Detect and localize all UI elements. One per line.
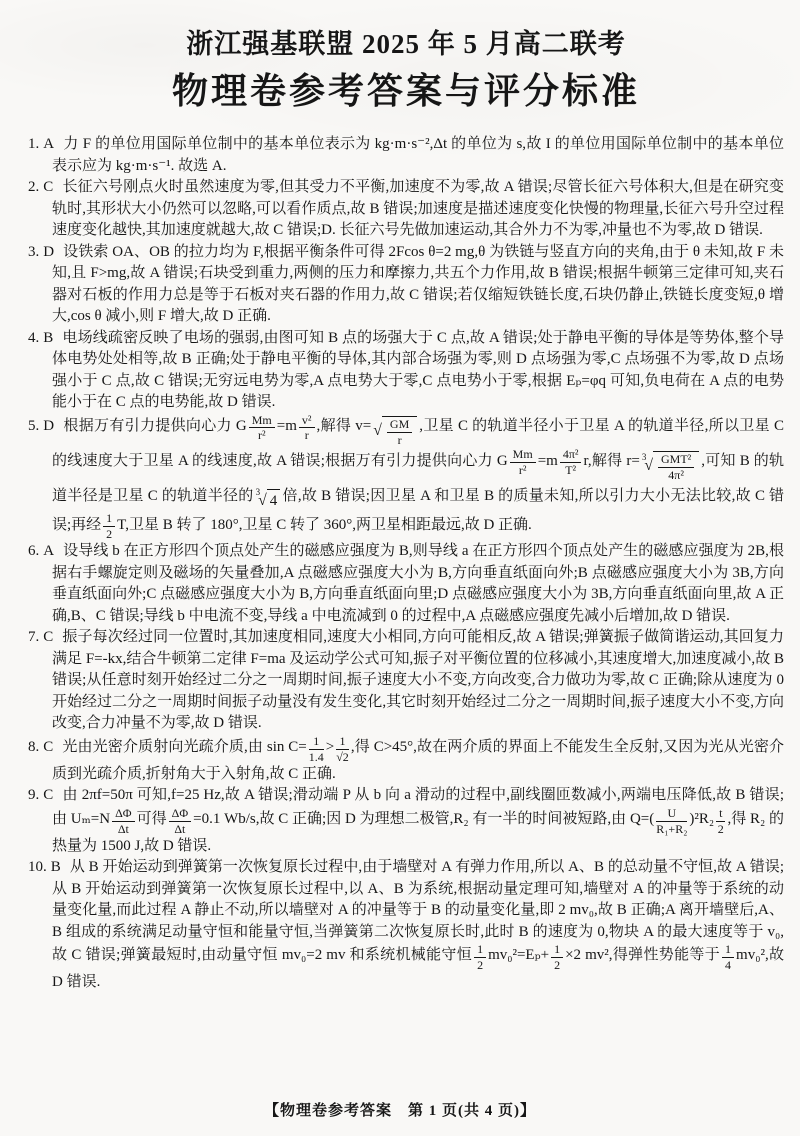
fraction: 1√2 [336,735,349,764]
fraction: 4π²T² [560,448,582,477]
question-number: 7. [28,629,39,645]
answer-explanation: 振子每次经过同一位置时,其加速度相同,速度大小相同,方向可能相反,故 A 错误;… [52,629,784,731]
answer-item: 10.B从 B 开始运动到弹簧第一次恢复原长过程中,由于墙壁对 A 有弹力作用,… [28,857,784,993]
answer-letter: A [43,136,54,152]
answer-explanation: 由 2πf=50π 可知,f=25 Hz,故 A 错误;滑动端 P 从 b 向 … [52,787,784,853]
page-title: 物理卷参考答案与评分标准 [28,63,784,114]
answer-item: 4.B电场线疏密反映了电场的强弱,由图可知 B 点的场强大于 C 点,故 A 错… [28,328,784,414]
question-number: 6. [28,543,39,559]
answer-item: 1.A力 F 的单位用国际单位制中的基本单位表示为 kg·m·s⁻²,Δt 的单… [28,134,784,177]
answer-marker: 4.B [28,330,53,346]
fraction: Mmr² [249,414,275,443]
answer-sheet-page: 浙江强基联盟 2025 年 5 月高二联考 物理卷参考答案与评分标准 1.A力 … [0,0,800,1136]
answer-letter: C [43,179,53,195]
answer-marker: 3.D [28,244,54,260]
fraction: t2 [716,807,725,836]
fraction: 12 [474,943,486,972]
answer-letter: D [43,418,54,434]
answer-marker: 1.A [28,136,54,152]
answer-marker: 9.C [28,787,53,803]
answer-item: 7.C振子每次经过同一位置时,其加速度相同,速度大小相同,方向可能相反,故 A … [28,627,784,735]
radical: 3√GMT²4π² [642,447,699,482]
question-number: 5. [28,418,39,434]
answer-letter: B [51,859,61,875]
answer-item: 2.C长征六号刚点火时虽然速度为零,但其受力不平衡,加速度不为零,故 A 错误;… [28,177,784,242]
answer-letter: A [43,543,54,559]
answer-letter: C [43,739,53,755]
answer-item: 3.D设铁索 OA、OB 的拉力均为 F,根据平衡条件可得 2Fcos θ=2 … [28,242,784,328]
answer-explanation: 设导线 b 在正方形四个顶点处产生的磁感应强度为 B,则导线 a 在正方形四个顶… [52,543,784,624]
answer-item: 9.C由 2πf=50π 可知,f=25 Hz,故 A 错误;滑动端 P 从 b… [28,785,784,857]
question-number: 3. [28,244,39,260]
answer-letter: C [43,787,53,803]
answer-letter: C [43,629,53,645]
answer-marker: 7.C [28,629,53,645]
answer-explanation: 电场线疏密反映了电场的强弱,由图可知 B 点的场强大于 C 点,故 A 错误;处… [52,330,784,411]
fraction: v²r [299,414,315,443]
fraction: GMr [387,418,412,447]
fraction: Mmr² [510,448,536,477]
fraction: ΔΦΔt [169,807,192,836]
fraction: UR₁+R₂ [656,807,687,836]
question-number: 10. [28,859,47,875]
radical: √GMr [373,416,417,447]
fraction: 12 [103,512,115,541]
question-number: 9. [28,787,39,803]
exam-title: 浙江强基联盟 2025 年 5 月高二联考 [28,22,784,61]
fraction: GMT²4π² [658,453,694,482]
answers-list: 1.A力 F 的单位用国际单位制中的基本单位表示为 kg·m·s⁻²,Δt 的单… [28,134,784,993]
footer-label: 【物理卷参考答案 第 1 页(共 4 页)】 [264,1103,536,1119]
fraction: 14 [722,943,734,972]
answer-explanation: 设铁索 OA、OB 的拉力均为 F,根据平衡条件可得 2Fcos θ=2 mg,… [52,244,784,325]
answer-explanation: 长征六号刚点火时虽然速度为零,但其受力不平衡,加速度不为零,故 A 错误;尽管长… [52,179,784,238]
question-number: 8. [28,739,39,755]
answer-marker: 8.C [28,739,53,755]
fraction: 12 [551,943,563,972]
answer-marker: 5.D [28,418,54,434]
question-number: 2. [28,179,39,195]
radical: 3√4 [256,482,281,512]
answer-explanation: 根据万有引力提供向心力 GMmr²=mv²r,解得 v=√GMr,卫星 C 的轨… [52,418,784,533]
question-number: 4. [28,330,39,346]
page-footer: 【物理卷参考答案 第 1 页(共 4 页)】 [0,1099,800,1120]
answer-item: 8.C光由光密介质射向光疏介质,由 sin C=11.4>1√2,得 C>45°… [28,735,784,785]
answer-item: 5.D根据万有引力提供向心力 GMmr²=mv²r,解得 v=√GMr,卫星 C… [28,414,784,542]
fraction: 11.4 [309,735,324,764]
answer-item: 6.A设导线 b 在正方形四个顶点处产生的磁感应强度为 B,则导线 a 在正方形… [28,541,784,627]
answer-explanation: 光由光密介质射向光疏介质,由 sin C=11.4>1√2,得 C>45°,故在… [52,739,784,782]
answer-letter: B [43,330,53,346]
answer-marker: 10.B [28,859,61,875]
answer-marker: 2.C [28,179,53,195]
fraction: ΔΦΔt [112,807,135,836]
answer-letter: D [43,244,54,260]
question-number: 1. [28,136,39,152]
answer-marker: 6.A [28,543,54,559]
answer-explanation: 从 B 开始运动到弹簧第一次恢复原长过程中,由于墙壁对 A 有弹力作用,所以 A… [52,859,784,990]
answer-explanation: 力 F 的单位用国际单位制中的基本单位表示为 kg·m·s⁻²,Δt 的单位为 … [52,136,784,174]
